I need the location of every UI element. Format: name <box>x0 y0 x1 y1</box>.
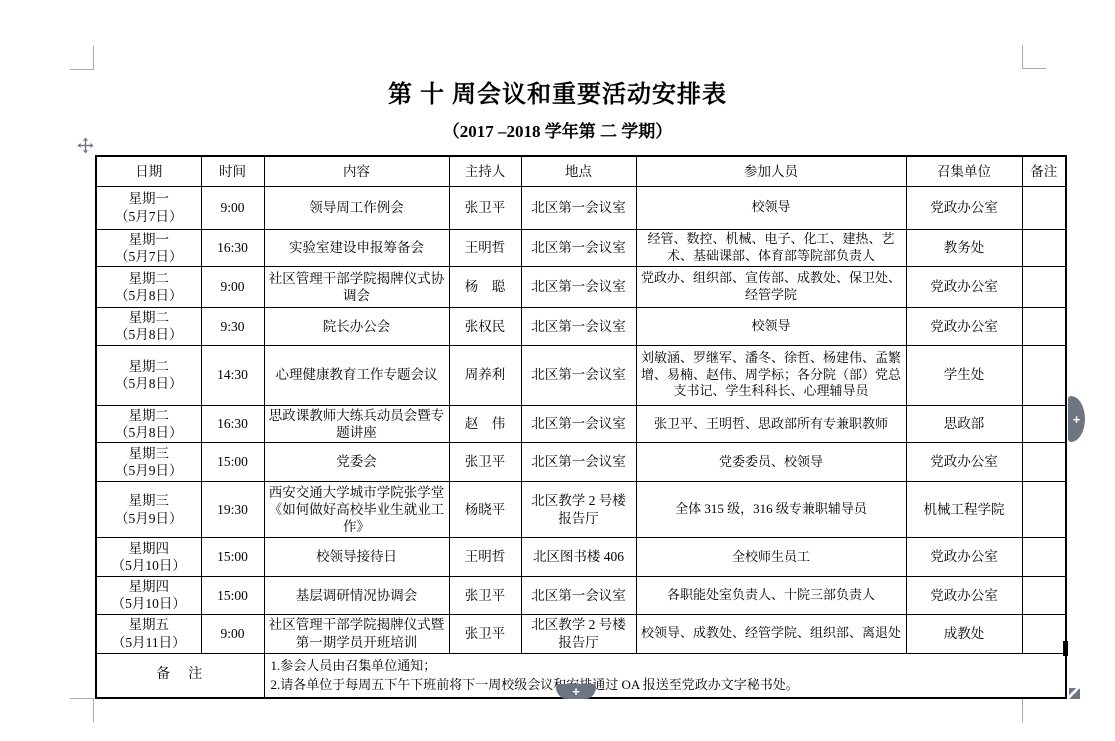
cell-time[interactable]: 9:00 <box>201 186 264 229</box>
cell-participants[interactable]: 校领导 <box>636 186 906 229</box>
plus-icon: + <box>1073 413 1081 426</box>
cell-location[interactable]: 北区第一会议室 <box>521 267 636 308</box>
cell-content[interactable]: 思政课教师大练兵动员会暨专题讲座 <box>264 405 449 443</box>
cell-participants[interactable]: 党政办、组织部、宣传部、成教处、保卫处、经管学院 <box>636 267 906 308</box>
schedule-table: 日期 时间 内容 主持人 地点 参加人员 召集单位 备注 星期一 （5月7日） … <box>95 155 1067 699</box>
four-arrow-move-icon <box>77 141 94 158</box>
header-host[interactable]: 主持人 <box>449 156 521 186</box>
cell-location[interactable]: 北区教学 2 号楼 报告厅 <box>521 614 636 653</box>
cell-organizer[interactable]: 党政办公室 <box>906 308 1022 346</box>
cell-remark[interactable] <box>1022 229 1066 267</box>
cell-organizer[interactable]: 机械工程学院 <box>906 482 1022 538</box>
cell-location[interactable]: 北区第一会议室 <box>521 405 636 443</box>
table-resize-handle[interactable] <box>1069 688 1080 699</box>
cell-organizer[interactable]: 学生处 <box>906 345 1022 405</box>
cell-host[interactable]: 周养利 <box>449 345 521 405</box>
cell-location[interactable]: 北区教学 2 号楼 报告厅 <box>521 482 636 538</box>
cell-host[interactable]: 杨 聪 <box>449 267 521 308</box>
add-column-button[interactable]: + <box>1068 396 1085 442</box>
cell-participants[interactable]: 党委委员、校领导 <box>636 443 906 482</box>
table-row: 星期五 （5月11日） 9:00 社区管理干部学院揭牌仪式暨第一期学员开班培训 … <box>96 614 1066 653</box>
cell-content[interactable]: 西安交通大学城市学院张学堂《如何做好高校毕业生就业工作》 <box>264 482 449 538</box>
cell-location[interactable]: 北区第一会议室 <box>521 308 636 346</box>
cell-date[interactable]: 星期二 （5月8日） <box>96 405 201 443</box>
cell-remark[interactable] <box>1022 443 1066 482</box>
cell-time[interactable]: 19:30 <box>201 482 264 538</box>
cell-location[interactable]: 北区第一会议室 <box>521 229 636 267</box>
cell-date[interactable]: 星期一 （5月7日） <box>96 229 201 267</box>
cell-remark[interactable] <box>1022 577 1066 615</box>
cell-organizer[interactable]: 党政办公室 <box>906 577 1022 615</box>
table-row: 星期二 （5月8日） 9:30 院长办公会 张权民 北区第一会议室 校领导 党政… <box>96 308 1066 346</box>
cell-date[interactable]: 星期三 （5月9日） <box>96 482 201 538</box>
cell-time[interactable]: 14:30 <box>201 345 264 405</box>
cell-time[interactable]: 16:30 <box>201 229 264 267</box>
cell-participants[interactable]: 全体 315 级，316 级专兼职辅导员 <box>636 482 906 538</box>
cell-time[interactable]: 9:00 <box>201 614 264 653</box>
table-row: 星期一 （5月7日） 16:30 实验室建设申报筹备会 王明哲 北区第一会议室 … <box>96 229 1066 267</box>
note-text-cell[interactable]: 1.参会人员由召集单位通知； 2.请各单位于每周五下午下班前将下一周校级会议和安… <box>264 653 1066 698</box>
cell-organizer[interactable]: 党政办公室 <box>906 267 1022 308</box>
cell-organizer[interactable]: 党政办公室 <box>906 186 1022 229</box>
cell-remark[interactable] <box>1022 345 1066 405</box>
crop-mark-top-right <box>1022 45 1046 69</box>
header-location[interactable]: 地点 <box>521 156 636 186</box>
crop-mark-top-left <box>70 46 94 70</box>
cell-time[interactable]: 9:30 <box>201 308 264 346</box>
table-row: 星期二 （5月8日） 9:00 社区管理干部学院揭牌仪式协调会 杨 聪 北区第一… <box>96 267 1066 308</box>
crop-mark-bottom-left <box>70 698 94 722</box>
cell-time[interactable]: 9:00 <box>201 267 264 308</box>
header-participants[interactable]: 参加人员 <box>636 156 906 186</box>
cell-location[interactable]: 北区图书楼 406 <box>521 538 636 577</box>
header-remark[interactable]: 备注 <box>1022 156 1066 186</box>
cell-host[interactable]: 张权民 <box>449 308 521 346</box>
table-row: 星期四 （5月10日） 15:00 校领导接待日 王明哲 北区图书楼 406 全… <box>96 538 1066 577</box>
cell-organizer[interactable]: 党政办公室 <box>906 538 1022 577</box>
header-organizer[interactable]: 召集单位 <box>906 156 1022 186</box>
table-row: 星期四 （5月10日） 15:00 基层调研情况协调会 张卫平 北区第一会议室 … <box>96 577 1066 615</box>
cell-host[interactable]: 王明哲 <box>449 538 521 577</box>
cell-time[interactable]: 15:00 <box>201 577 264 615</box>
table-row: 星期二 （5月8日） 16:30 思政课教师大练兵动员会暨专题讲座 赵 伟 北区… <box>96 405 1066 443</box>
cell-content[interactable]: 院长办公会 <box>264 308 449 346</box>
header-content[interactable]: 内容 <box>264 156 449 186</box>
cell-host[interactable]: 王明哲 <box>449 229 521 267</box>
header-date[interactable]: 日期 <box>96 156 201 186</box>
cell-content[interactable]: 党委会 <box>264 443 449 482</box>
cell-organizer[interactable]: 成教处 <box>906 614 1022 653</box>
table-header-row: 日期 时间 内容 主持人 地点 参加人员 召集单位 备注 <box>96 156 1066 186</box>
cell-host[interactable]: 张卫平 <box>449 577 521 615</box>
cell-content[interactable]: 心理健康教育工作专题会议 <box>264 345 449 405</box>
cell-time[interactable]: 15:00 <box>201 443 264 482</box>
cell-date[interactable]: 星期四 （5月10日） <box>96 538 201 577</box>
table-row: 星期三 （5月9日） 15:00 党委会 张卫平 北区第一会议室 党委委员、校领… <box>96 443 1066 482</box>
cell-date[interactable]: 星期二 （5月8日） <box>96 308 201 346</box>
cell-time[interactable]: 15:00 <box>201 538 264 577</box>
cell-organizer[interactable]: 思政部 <box>906 405 1022 443</box>
cell-content[interactable]: 实验室建设申报筹备会 <box>264 229 449 267</box>
cell-participants[interactable]: 经管、数控、机械、电子、化工、建热、艺术、基础课部、体育部等院部负责人 <box>636 229 906 267</box>
cell-remark[interactable] <box>1022 614 1066 653</box>
cell-remark[interactable] <box>1022 405 1066 443</box>
cell-participants[interactable]: 张卫平、王明哲、思政部所有专兼职教师 <box>636 405 906 443</box>
cell-organizer[interactable]: 教务处 <box>906 229 1022 267</box>
cell-date[interactable]: 星期三 （5月9日） <box>96 443 201 482</box>
document-title[interactable]: 第 十 周会议和重要活动安排表 <box>0 74 1115 109</box>
cell-content[interactable]: 领导周工作例会 <box>264 186 449 229</box>
cell-location[interactable]: 北区第一会议室 <box>521 577 636 615</box>
cell-date[interactable]: 星期四 （5月10日） <box>96 577 201 615</box>
cell-host[interactable]: 张卫平 <box>449 186 521 229</box>
cell-host[interactable]: 赵 伟 <box>449 405 521 443</box>
cell-content[interactable]: 社区管理干部学院揭牌仪式协调会 <box>264 267 449 308</box>
table-move-handle[interactable] <box>77 137 94 154</box>
cell-organizer[interactable]: 党政办公室 <box>906 443 1022 482</box>
cell-content[interactable]: 基层调研情况协调会 <box>264 577 449 615</box>
cell-date[interactable]: 星期二 （5月8日） <box>96 267 201 308</box>
plus-icon: + <box>572 685 580 698</box>
cell-remark[interactable] <box>1022 482 1066 538</box>
cell-participants[interactable]: 校领导、成教处、经管学院、组织部、离退处 <box>636 614 906 653</box>
cell-location[interactable]: 北区第一会议室 <box>521 443 636 482</box>
cell-location[interactable]: 北区第一会议室 <box>521 186 636 229</box>
cell-remark[interactable] <box>1022 308 1066 346</box>
cell-host[interactable]: 张卫平 <box>449 614 521 653</box>
cell-remark[interactable] <box>1022 538 1066 577</box>
cell-date[interactable]: 星期一 （5月7日） <box>96 186 201 229</box>
crop-mark-bottom-right <box>1022 698 1046 722</box>
cell-participants[interactable]: 各职能处室负责人、十院三部负责人 <box>636 577 906 615</box>
cell-host[interactable]: 杨晓平 <box>449 482 521 538</box>
cell-date[interactable]: 星期五 （5月11日） <box>96 614 201 653</box>
cell-participants[interactable]: 校领导 <box>636 308 906 346</box>
cell-remark[interactable] <box>1022 267 1066 308</box>
document-subtitle[interactable]: （2017 –2018 学年第 二 学期） <box>0 117 1115 142</box>
cell-participants[interactable]: 全校师生员工 <box>636 538 906 577</box>
add-row-button[interactable]: + <box>556 684 596 699</box>
cell-content[interactable]: 社区管理干部学院揭牌仪式暨第一期学员开班培训 <box>264 614 449 653</box>
header-time[interactable]: 时间 <box>201 156 264 186</box>
table-row: 星期二 （5月8日） 14:30 心理健康教育工作专题会议 周养利 北区第一会议… <box>96 345 1066 405</box>
table-row: 星期三 （5月9日） 19:30 西安交通大学城市学院张学堂《如何做好高校毕业生… <box>96 482 1066 538</box>
cell-host[interactable]: 张卫平 <box>449 443 521 482</box>
cell-participants[interactable]: 刘敏涵、罗继军、潘冬、徐哲、杨建伟、孟繁增、易楠、赵伟、周学标；各分院（部）党总… <box>636 345 906 405</box>
table-border-notch <box>1063 641 1068 656</box>
cell-date[interactable]: 星期二 （5月8日） <box>96 345 201 405</box>
note-label-cell[interactable]: 备 注 <box>96 653 264 698</box>
cell-time[interactable]: 16:30 <box>201 405 264 443</box>
table-row: 星期一 （5月7日） 9:00 领导周工作例会 张卫平 北区第一会议室 校领导 … <box>96 186 1066 229</box>
cell-location[interactable]: 北区第一会议室 <box>521 345 636 405</box>
cell-remark[interactable] <box>1022 186 1066 229</box>
cell-content[interactable]: 校领导接待日 <box>264 538 449 577</box>
